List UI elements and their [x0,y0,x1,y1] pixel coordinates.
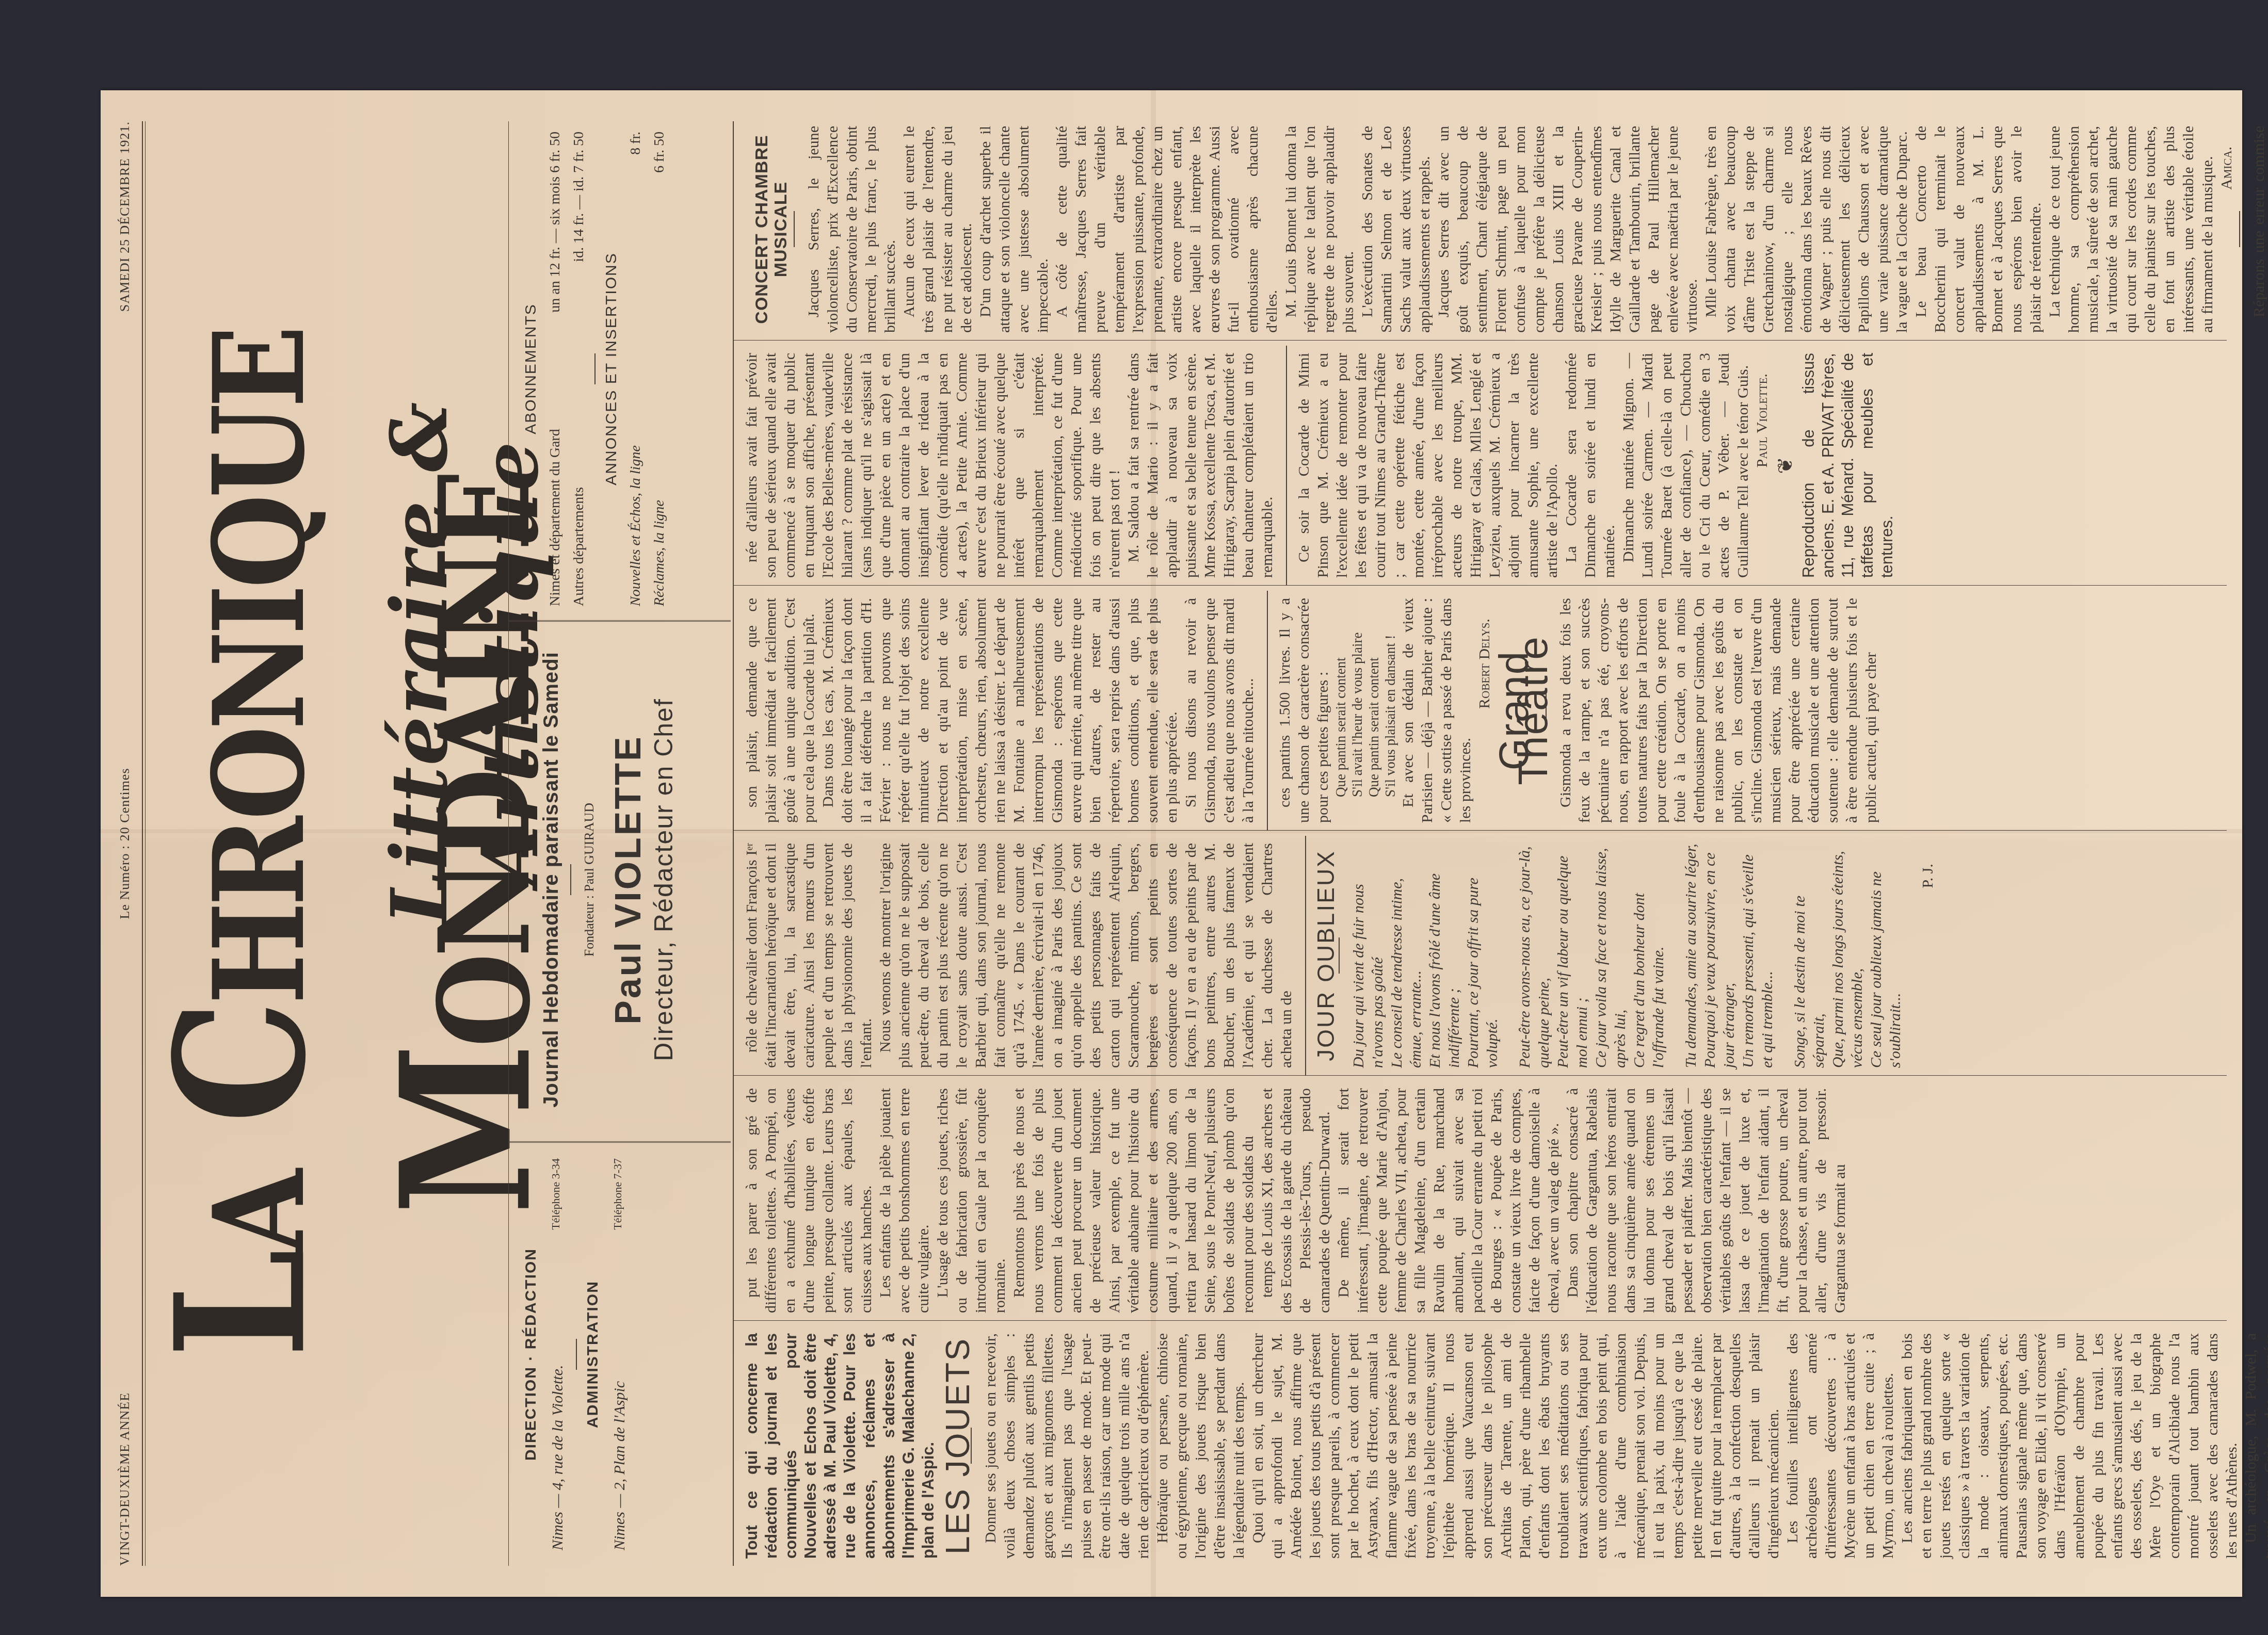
subscription-row: Nimes et département du Gard un an 12 fr… [547,132,564,606]
column-6: CONCERT CHAMBRE MUSICALE Jacques Serres,… [734,119,2227,341]
paragraph: temps de Louis XI, des archers et des Ec… [1258,1088,1334,1313]
direction-heading: DIRECTION · RÉDACTION [522,1143,540,1566]
paragraph: Donner ses jouets ou en recevoir, voilà … [981,1333,1153,1559]
divider [594,353,596,384]
paragraph: D'un coup d'archet superbe il attaque et… [976,126,1052,333]
newspaper-page: VINGT-DEUXIÈME ANNÉE Le Numéro : 20 Cent… [101,90,2242,1597]
header-info: DIRECTION · RÉDACTION Nimes — 4, rue de … [508,121,731,1566]
poem-body: Du jour qui vient de fuir nous n'avons p… [1349,843,1905,1068]
paragraph: A côté de cette qualité maîtresse, Jacqu… [1052,126,1281,333]
gismonda-review: son plaisir, demande que ce plaisir soit… [742,598,1258,823]
subscriptions-heading: ABONNEMENTS [522,121,540,617]
paragraph: Le beau Concerto de Boccherini qui termi… [1911,126,2045,333]
poem-line: Ce seul jour oublieux jamais ne s'oublir… [1867,843,1905,1068]
poem-signature: P. J. [1918,864,1937,1068]
paragraph: M. Louis Bonnet lui donna la réplique av… [1281,126,1358,333]
contact-block: DIRECTION · RÉDACTION Nimes — 4, rue de … [509,1141,731,1566]
pantins-text: ces pantins 1.500 livres. Il y a une cha… [1275,598,1332,823]
poem-line: Un remords pressenti, qui s'éveille et q… [1739,843,1777,1068]
paragraph: De même, il serait fort intéressant, j'i… [1334,1088,1563,1313]
paragraph: Aucun de ceux qui eurent le très grand p… [899,126,976,333]
theatre-program: Ce soir la Cocarde de Mimi Pinson que M.… [1294,353,1752,578]
paragraph: Jacques Serres, le jeune violoncelliste,… [804,126,899,333]
paragraph: Ce soir la Cocarde de Mimi Pinson que M.… [1294,353,1562,578]
journal-tagline: Journal Hebdomadaire paraissant le Samed… [540,622,563,1138]
paragraph: Quoi qu'il en soit, un chercheur qui a a… [1248,1333,1783,1559]
poem-line: Que, parmi nos longs jours éteints, vécu… [1828,843,1867,1068]
concert-heading: CONCERT CHAMBRE MUSICALE [752,126,791,333]
poem-line: Et nous l'avons frôlé d'une âme indiffér… [1425,843,1463,1068]
erratum-text: Réparons une erreur commise involontaire… [2249,126,2268,333]
poem-line: Songe, si le destin de moi te séparait, [1790,843,1828,1068]
paragraph: née d'ailleurs avait fait prévoir son pe… [742,353,1124,578]
paragraph: M. Saldou a fait sa rentrée dans le rôle… [1124,353,1277,578]
column-4: son plaisir, demande que ce plaisir soit… [734,591,2227,831]
song-line: Que pantin serait content [1332,598,1349,797]
poem-line: Ce jour voila sa face et nous laisse, ap… [1591,843,1630,1068]
grand-theatre-heading: Grand Théâtre [1504,598,1542,823]
column-2: put les parer à son gré de différentes t… [734,1081,2227,1321]
paragraph: Hébraïque ou persane, chinoise ou égypti… [1153,1333,1248,1559]
journal-block: Journal Hebdomadaire paraissant le Samed… [509,620,731,1138]
paragraph: put les parer à son gré de différentes t… [742,1088,876,1313]
paragraph: Dans son chapitre consacré à l'éducation… [1563,1088,1849,1313]
poem-line: Du jour qui vient de fuir nous n'avons p… [1349,843,1387,1068]
paragraph: Les enfants de la plèbe jouaient avec de… [876,1088,933,1313]
column-1: Tout ce qui concerne la rédaction du jou… [734,1326,2227,1566]
poem-stanza: Peut-être avons-nous eu, ce jour-là, que… [1515,843,1668,1068]
paragraph: Gismonda a revu deux fois les feux de la… [1556,598,1880,823]
article-signature: Paul Violette. [1752,374,1772,578]
paragraph: Remontons plus près de nous et nous verr… [1009,1088,1258,1313]
song-line: S'il avait l'heur de vous plaire [1349,598,1365,797]
poem-line: Peut-être un vif labeur ou quelque mol e… [1553,843,1591,1068]
song-line: S'il vous plaisait en dansant ! [1382,598,1398,797]
administration-heading: ADMINISTRATION [584,1143,602,1566]
concert-text: Jacques Serres, le jeune violoncelliste,… [804,126,2217,333]
column-5: née d'ailleurs avait fait prévoir son pe… [734,346,2227,586]
subscriptions-block: ABONNEMENTS Nimes et département du Gard… [509,121,731,617]
paragraph: Si nous disons au revoir à Gismonda, nou… [1181,598,1258,823]
masthead: La Chronique Mondaine Littéraire & Artis… [147,121,457,1566]
pantin-song: Que pantin serait contentS'il avait l'he… [1332,598,1398,823]
ads-heading: ANNONCES ET INSERTIONS [603,121,620,617]
article-body: Tout ce qui concerne la rédaction du jou… [733,121,2227,1566]
paragraph: son plaisir, demande que ce plaisir soit… [742,598,818,823]
privat-advert: Reproduction de tissus anciens. E. et A.… [1799,353,1897,578]
founder: Fondateur : Paul GUIRAUD [582,622,597,1138]
paragraph: Dimanche matinée Mignon. — Lundi soirée … [1619,353,1752,578]
paragraph: Les anciens fabriquaient en bois et en t… [1897,1333,2241,1559]
les-jouets-continued: put les parer à son gré de différentes t… [742,1088,1849,1313]
editorial-notice: Tout ce qui concerne la rédaction du jou… [742,1333,938,1559]
ads-row: Nouvelles et Échos, la ligne 8 fr. [628,132,644,606]
paragraph: La Cocarde sera redonnée Dimanche en soi… [1562,353,1619,578]
column-3: rôle de chevalier dont François Iᵉʳ étai… [734,836,2227,1076]
les-jouets-continued: rôle de chevalier dont François Iᵉʳ étai… [742,843,1296,1068]
theatre-review: née d'ailleurs avait fait prévoir son pe… [742,353,1277,578]
paragraph: Mlle Louise Fabrègue, très en voix chant… [1701,126,1911,333]
poem-line: Pourquoi je veux poursuivre, en ce jour … [1700,843,1739,1068]
poem-stanza: Du jour qui vient de fuir nous n'avons p… [1349,843,1502,1068]
direction-line: Nimes — 4, rue de la Violette. Téléphone… [549,1158,567,1550]
paragraph: Jacques Serres dit avec un goût exquis, … [1434,126,1701,333]
grand-theatre-text: Gismonda a revu deux fois les feux de la… [1556,598,1880,823]
article-signature: Amica. [2217,147,2236,333]
divider [570,864,571,895]
paragraph: Dans tous les cas, M. Crémieux doit être… [818,598,1181,823]
divider [2239,212,2240,248]
song-line: Que pantin serait content [1365,598,1382,797]
paragraph: La technique de ce tout jeune homme, sa … [2045,126,2217,333]
article-heading-les-jouets: LES JOUETS [948,1333,968,1559]
paragraph: ces pantins 1.500 livres. Il y a une cha… [1275,598,1332,823]
poem-stanza: Tu demandes, amie au sourire léger,Pourq… [1681,843,1777,1068]
director-role: Directeur, Rédacteur en Chef [649,622,679,1138]
paragraph: Un archéologue, M. Podwel, a trouvé en G… [2241,1333,2268,1559]
paragraph: Nous venons de montrer l'origine plus an… [876,843,1296,1068]
paragraph: L'exécution des Sonates de Samartini Sel… [1358,126,1434,333]
poem-line: Peut-être avons-nous eu, ce jour-là, que… [1515,843,1553,1068]
barbier-quote: Et avec son dédain de vieux Parisien — d… [1398,598,1475,823]
paragraph: L'usage de tous ces jouets, riches ou de… [933,1088,1009,1313]
director-name: Paul VIOLETTE [607,622,649,1138]
administration-line: Nimes — 2, Plan de l'Aspic Téléphone 7-3… [611,1158,629,1550]
poem-line: Le conseil de tendresse intime, émue, er… [1387,843,1425,1068]
poem-stanza: Songe, si le destin de moi te séparait,Q… [1790,843,1905,1068]
ads-row: Réclames, la ligne 6 fr. 50 [651,132,668,606]
poem-line: Pourtant, ce jour offrit sa pure volupté… [1463,843,1502,1068]
les-jouets-text: Donner ses jouets ou en recevoir, voilà … [981,1333,2268,1559]
paragraph: rôle de chevalier dont François Iᵉʳ étai… [742,843,876,1068]
paragraph: Les fouilles intelligentes des archéolog… [1783,1333,1897,1559]
divider [576,1339,577,1370]
ornament-icon: ❦ [1776,353,1795,578]
poem-line: Tu demandes, amie au sourire léger, [1681,843,1700,1068]
subscription-row: Autres départements id. 14 fr. — id. 7 f… [571,132,587,606]
poem-line: Ce regret d'un bonheur dont l'offrande f… [1630,843,1668,1068]
poem-title: JOUR OUBLIEUX [1316,843,1336,1068]
divider [794,212,795,248]
